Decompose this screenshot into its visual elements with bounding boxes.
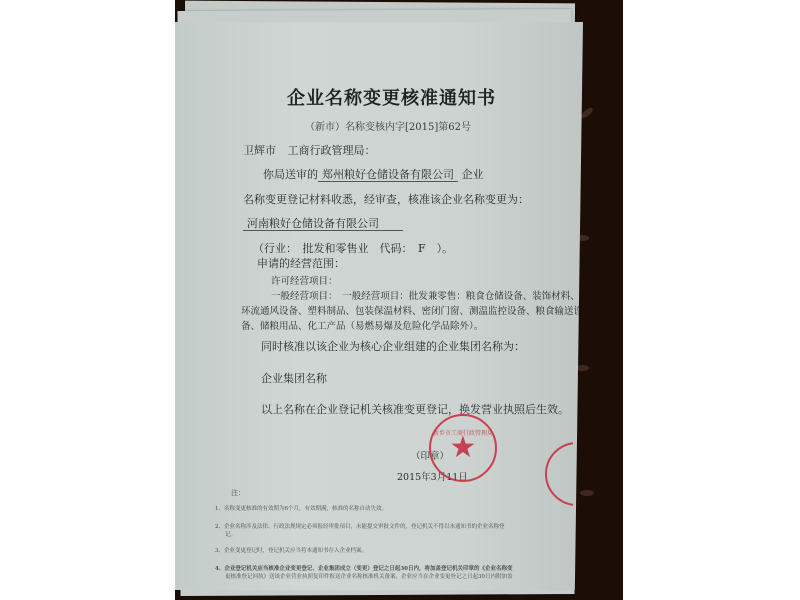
industry-line: （行业： 批发和零售业 代码： F ）。 <box>253 240 453 256</box>
addressee-office: 工商行政管理局： <box>288 144 376 157</box>
official-seal: 新乡市工商行政管理局 ★ <box>429 414 497 482</box>
document-title: 企业名称变更核准通知书 <box>287 84 496 110</box>
scope-heading: 申请的经营范围： <box>257 255 345 271</box>
group-line: 同时核准以该企业为核心企业组建的企业集团名称为： <box>261 338 525 354</box>
group-name-label: 企业集团名称 <box>261 370 327 386</box>
note-item: 3、企业变更登记时，登记机关应当将本通知书存入企业档案。 <box>215 546 367 554</box>
tablecloth-pattern <box>580 490 594 496</box>
intro-line: 你局送审的郑州粮好仓储设备有限公司 企业 <box>263 166 484 182</box>
general-items-line1: 一般经营项目： 一般经营项目：批发兼零售：粮食仓储设备、装饰材料、 <box>271 288 580 302</box>
note-item: 记。 <box>225 530 236 538</box>
document-photo: 企业名称变更核准通知书 （新市）名称变核内字[2015]第62号 卫辉市 工商行… <box>175 0 623 600</box>
partial-seal <box>545 442 609 506</box>
note-item: 更核准登记回执》送该企业营业执照复印件报送企业名称核准机关备案，企业应当在企业变… <box>225 572 513 580</box>
tablecloth-pattern <box>580 106 595 120</box>
general-items-line2: 环流通风设备、塑料制品、包装保温材料、密闭门窗、测温监控设备、粮食输送设 <box>241 303 583 317</box>
effective-line: 以上名称在企业登记机关核准变更登记，换发营业执照后生效。 <box>261 401 569 417</box>
note-item: 4、企业登记机关应当核准企业变更登记、企业集团成立（变更）登记之日起30日内，将… <box>215 564 513 572</box>
original-company-name: 郑州粮好仓储设备有限公司 <box>318 168 458 182</box>
intro-prefix: 你局送审的 <box>263 168 318 181</box>
addressee: 卫辉市 工商行政管理局： <box>243 142 376 158</box>
notes-label: 注： <box>231 488 245 498</box>
general-items-line3: 备、储粮用品、化工产品（易燃易爆及危险化学品除外）。 <box>241 318 483 332</box>
intro-suffix: 企业 <box>462 168 484 181</box>
note-item: 1、名称变更核准的有效期为6个月，有效期满，核准的名称自动失效。 <box>215 504 387 512</box>
new-name-line: 河南粮好仓储设备有限公司 <box>243 215 403 231</box>
note-item: 2、企业名称涉及法律、行政法规规定必须报经审批项目，未能提交审批文件的，登记机关… <box>215 522 505 530</box>
document-number: （新市）名称变核内字[2015]第62号 <box>305 118 471 133</box>
addressee-city: 卫辉市 <box>243 144 276 157</box>
approval-line: 名称变更登记材料收悉，经审查，核准该企业名称变更为： <box>243 191 529 207</box>
new-company-name: 河南粮好仓储设备有限公司 <box>243 217 403 231</box>
star-icon: ★ <box>450 433 477 463</box>
licensed-items: 许可经营项目： <box>271 273 338 287</box>
notice-page: 企业名称变更核准通知书 （新市）名称变核内字[2015]第62号 卫辉市 工商行… <box>175 22 583 590</box>
